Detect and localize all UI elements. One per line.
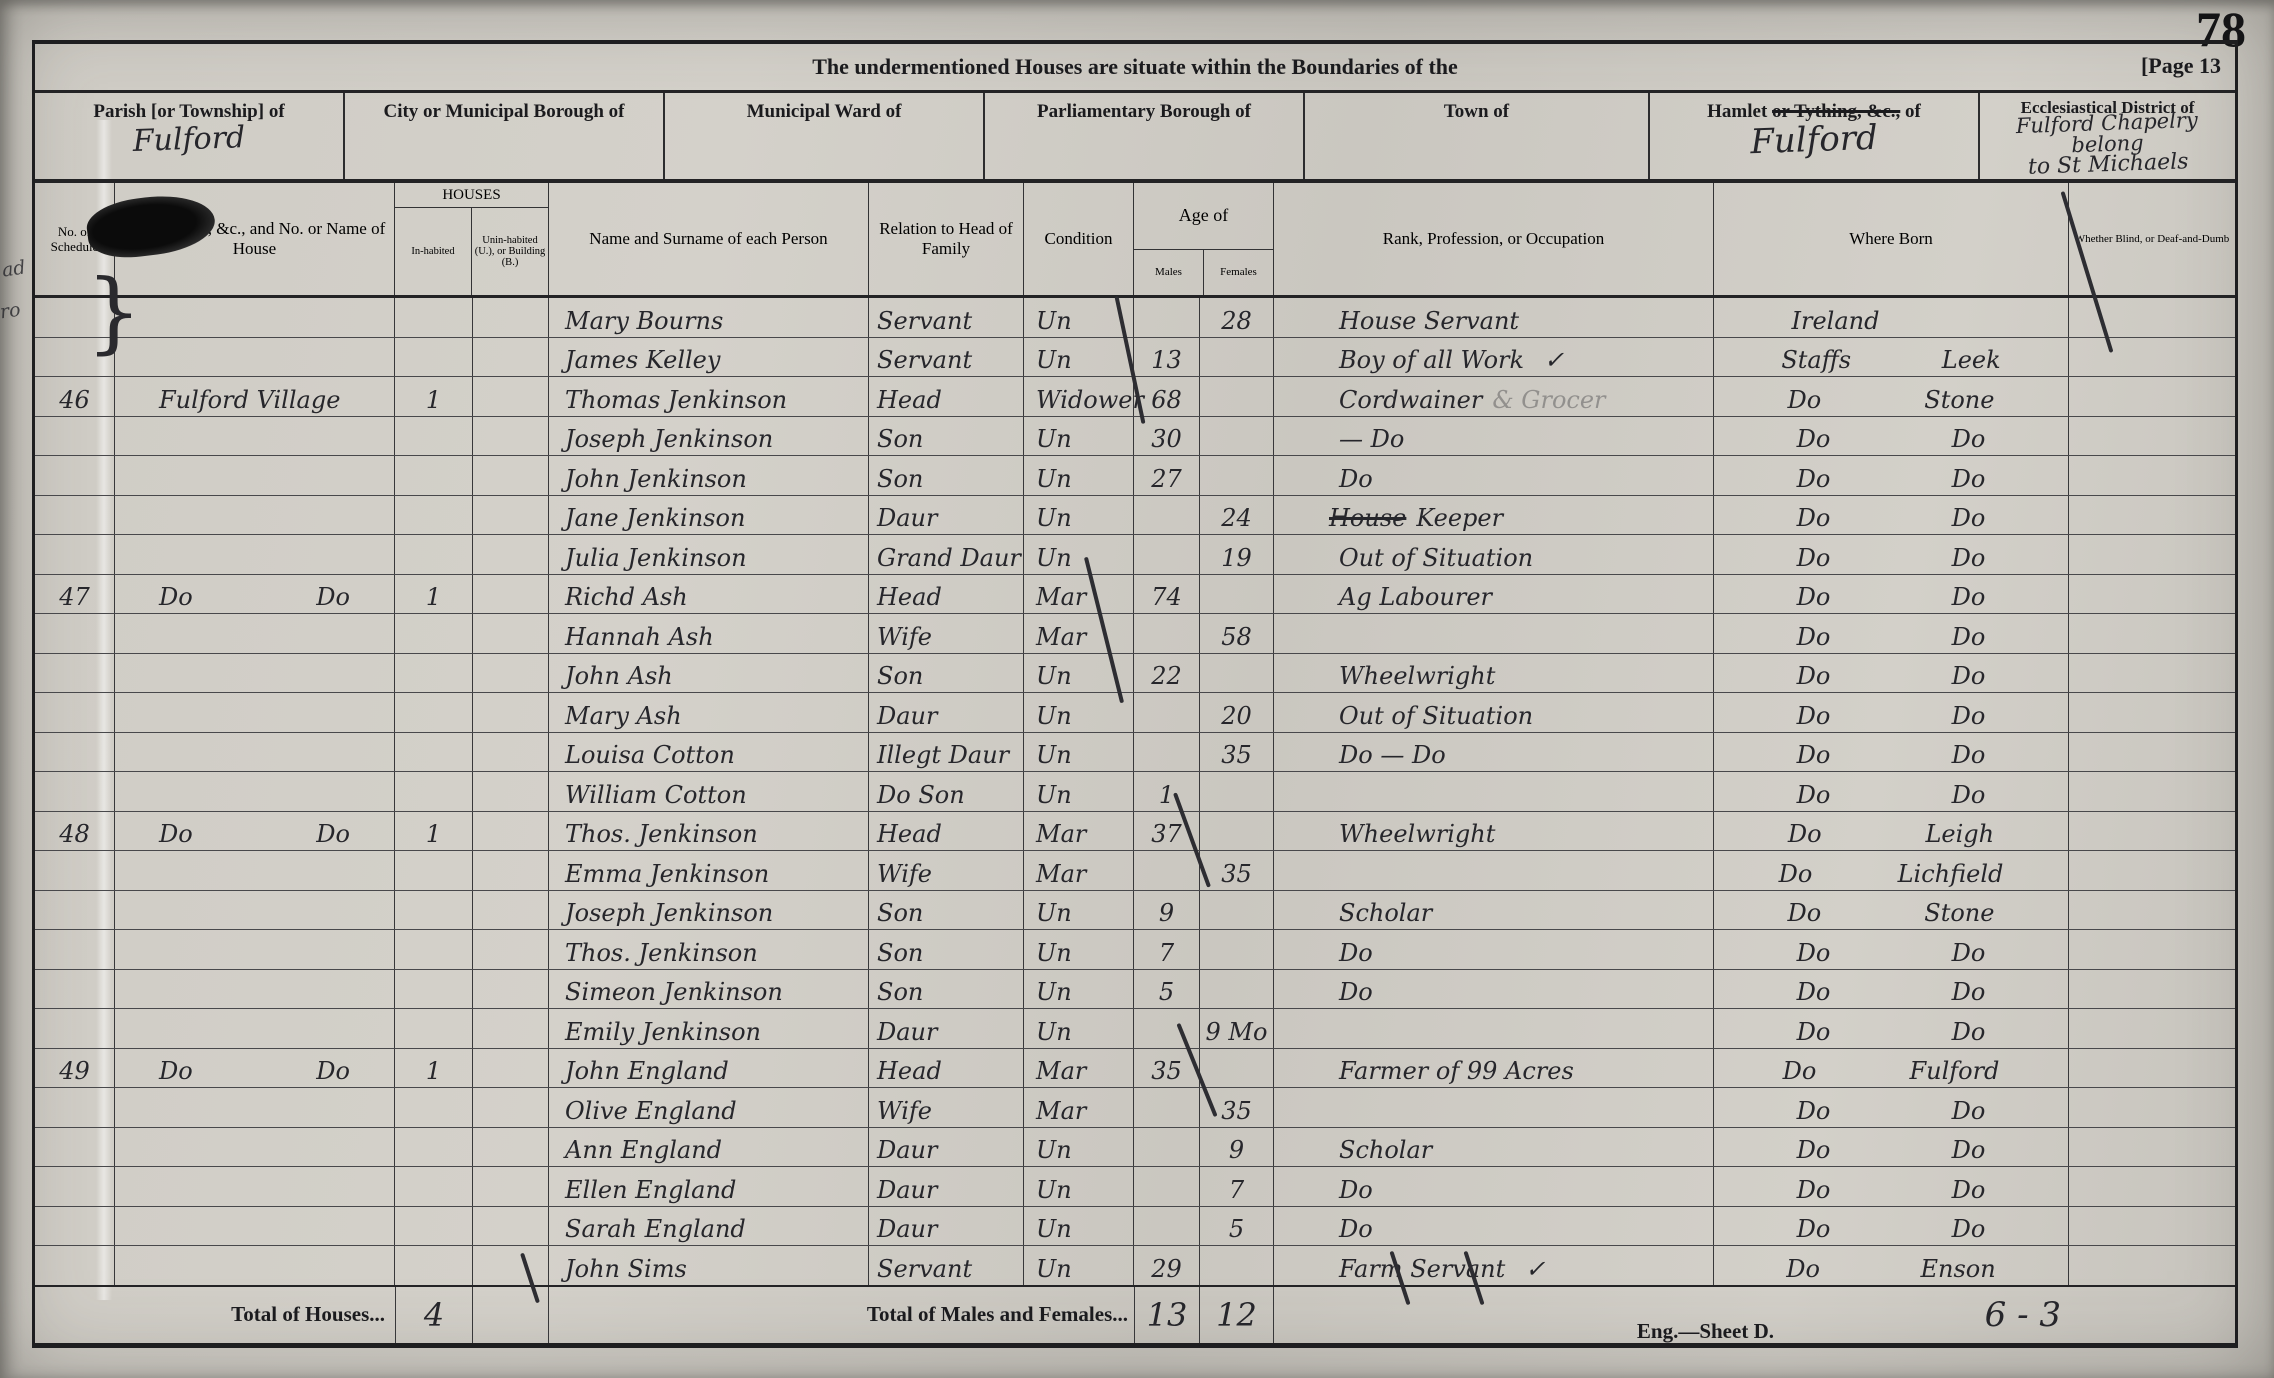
- district-field-label: Hamlet or Tything, &c., of: [1650, 93, 1978, 123]
- blind-deaf-note: [2069, 1207, 2235, 1246]
- houses-inhabited: [395, 417, 473, 456]
- house-address: [115, 772, 395, 811]
- relation-to-head: Son: [869, 417, 1024, 456]
- condition: Widower: [1024, 377, 1134, 416]
- relation-to-head: Head: [869, 1049, 1024, 1088]
- district-field: City or Municipal Borough of: [345, 93, 665, 179]
- house-address: [115, 614, 395, 653]
- occupation: Farm Servant ✓: [1274, 1246, 1714, 1285]
- where-born: DoDo: [1714, 733, 2069, 772]
- form-heading: The undermentioned Houses are situate wi…: [35, 54, 2235, 80]
- district-field-value: Fulford: [35, 120, 344, 161]
- houses-inhabited: [395, 338, 473, 377]
- where-born: DoDo: [1714, 693, 2069, 732]
- blind-deaf-note: [2069, 496, 2235, 535]
- where-born: DoDo: [1714, 535, 2069, 574]
- houses-inhabited: [395, 1128, 473, 1167]
- age-female: [1200, 377, 1274, 416]
- schedule-number: [35, 456, 115, 495]
- relation-to-head: Son: [869, 654, 1024, 693]
- houses-uninhabited: [473, 1009, 549, 1048]
- condition: Un: [1024, 930, 1134, 969]
- col-age-females: Females: [1204, 250, 1273, 295]
- age-male: [1134, 1088, 1200, 1127]
- age-female: 9: [1200, 1128, 1274, 1167]
- relation-to-head: Do Son: [869, 772, 1024, 811]
- houses-uninhabited: [473, 417, 549, 456]
- schedule-number: [35, 1088, 115, 1127]
- where-born: DoDo: [1714, 614, 2069, 653]
- blind-deaf-note: [2069, 772, 2235, 811]
- where-born: DoEnson: [1714, 1246, 2069, 1285]
- table-row: Simeon Jenkinson Son Un 5 Do DoDo: [35, 970, 2235, 1010]
- houses-uninhabited: [473, 851, 549, 890]
- district-field-label: Parish [or Township] of: [35, 93, 343, 123]
- col-age-males: Males: [1134, 250, 1204, 295]
- where-born: DoDo: [1714, 930, 2069, 969]
- house-address: [115, 1167, 395, 1206]
- houses-inhabited: [395, 1207, 473, 1246]
- relation-to-head: Daur: [869, 496, 1024, 535]
- col-inhabited: In-habited: [395, 208, 472, 295]
- condition: Un: [1024, 338, 1134, 377]
- houses-inhabited: [395, 298, 473, 337]
- age-female: [1200, 1246, 1274, 1285]
- person-name: William Cotton: [549, 772, 869, 811]
- where-born: DoDo: [1714, 1128, 2069, 1167]
- total-males-value: 13: [1134, 1287, 1200, 1343]
- relation-to-head: Head: [869, 575, 1024, 614]
- col-name: Name and Surname of each Person: [549, 183, 869, 295]
- col-condition: Condition: [1024, 183, 1134, 295]
- schedule-number: [35, 891, 115, 930]
- column-header-row: No. of Schedule Road, Street, &c., and N…: [35, 183, 2235, 298]
- blind-deaf-note: [2069, 456, 2235, 495]
- age-male: [1134, 1167, 1200, 1206]
- house-address: [115, 930, 395, 969]
- table-row: James Kelley Servant Un 13 Boy of all Wo…: [35, 338, 2235, 378]
- condition: Mar: [1024, 1049, 1134, 1088]
- condition: Un: [1024, 1246, 1134, 1285]
- occupation: Out of Situation: [1274, 693, 1714, 732]
- age-male: [1134, 496, 1200, 535]
- age-male: 5: [1134, 970, 1200, 1009]
- schedule-number: 49: [35, 1049, 115, 1088]
- person-name: Emma Jenkinson: [549, 851, 869, 890]
- schedule-number: 47: [35, 575, 115, 614]
- blind-deaf-note: [2069, 930, 2235, 969]
- col-age-group: Age of Males Females: [1134, 183, 1274, 295]
- occupation: [1274, 772, 1714, 811]
- condition: Un: [1024, 693, 1134, 732]
- occupation: Farmer of 99 Acres: [1274, 1049, 1714, 1088]
- district-field: Parliamentary Borough of: [985, 93, 1305, 179]
- where-born: DoDo: [1714, 575, 2069, 614]
- table-row: Mary Bourns Servant Un 28 House Servant …: [35, 298, 2235, 338]
- where-born: StaffsLeek: [1714, 338, 2069, 377]
- house-address: [115, 298, 395, 337]
- houses-uninhabited: [473, 654, 549, 693]
- occupation: [1274, 1088, 1714, 1127]
- relation-to-head: Servant: [869, 338, 1024, 377]
- relation-to-head: Servant: [869, 1246, 1024, 1285]
- age-male: [1134, 535, 1200, 574]
- where-born: DoDo: [1714, 1207, 2069, 1246]
- houses-uninhabited: [473, 575, 549, 614]
- relation-to-head: Daur: [869, 1128, 1024, 1167]
- blind-deaf-note: [2069, 733, 2235, 772]
- age-male: 13: [1134, 338, 1200, 377]
- house-address: [115, 891, 395, 930]
- houses-inhabited: [395, 535, 473, 574]
- condition: Un: [1024, 733, 1134, 772]
- age-female: 5: [1200, 1207, 1274, 1246]
- scanned-census-sheet: 78 The undermentioned Houses are situate…: [0, 0, 2274, 1378]
- age-male: [1134, 693, 1200, 732]
- where-born: DoDo: [1714, 772, 2069, 811]
- age-female: [1200, 970, 1274, 1009]
- person-name: Olive England: [549, 1088, 869, 1127]
- district-field: Parish [or Township] of Fulford: [35, 93, 345, 179]
- relation-to-head: Son: [869, 970, 1024, 1009]
- schedule-number: [35, 1207, 115, 1246]
- schedule-number: [35, 1009, 115, 1048]
- relation-to-head: Wife: [869, 1088, 1024, 1127]
- where-born: DoDo: [1714, 1009, 2069, 1048]
- condition: Mar: [1024, 575, 1134, 614]
- person-name: Louisa Cotton: [549, 733, 869, 772]
- relation-to-head: Son: [869, 930, 1024, 969]
- table-row: 48 DoDo 1 Thos. Jenkinson Head Mar 37 Wh…: [35, 812, 2235, 852]
- table-row: Jane Jenkinson Daur Un 24 House Keeper D…: [35, 496, 2235, 536]
- occupation: — Do: [1274, 417, 1714, 456]
- age-male: [1134, 733, 1200, 772]
- houses-uninhabited: [473, 456, 549, 495]
- col-occupation: Rank, Profession, or Occupation: [1274, 183, 1714, 295]
- table-row: Sarah England Daur Un 5 Do DoDo: [35, 1207, 2235, 1247]
- occupation: House Keeper: [1274, 496, 1714, 535]
- table-row: 47 DoDo 1 Richd Ash Head Mar 74 Ag Labou…: [35, 575, 2235, 615]
- houses-uninhabited: [473, 1128, 549, 1167]
- person-name: Thomas Jenkinson: [549, 377, 869, 416]
- occupation: Cordwainer & Grocer: [1274, 377, 1714, 416]
- schedule-number: [35, 930, 115, 969]
- schedule-number: [35, 496, 115, 535]
- house-address: [115, 535, 395, 574]
- table-row: John Ash Son Un 22 Wheelwright DoDo: [35, 654, 2235, 694]
- age-female: [1200, 812, 1274, 851]
- schedule-number: [35, 654, 115, 693]
- col-houses-group: HOUSES In-habited Unin-habited (U.), or …: [395, 183, 549, 295]
- person-name: Jane Jenkinson: [549, 496, 869, 535]
- schedule-number: 48: [35, 812, 115, 851]
- edge-writing-fragment: ad: [1, 256, 27, 281]
- census-entries: Mary Bourns Servant Un 28 House Servant …: [35, 298, 2235, 1285]
- age-female: 19: [1200, 535, 1274, 574]
- blind-deaf-note: [2069, 535, 2235, 574]
- occupation: Wheelwright: [1274, 654, 1714, 693]
- blind-deaf-note: [2069, 851, 2235, 890]
- condition: Un: [1024, 456, 1134, 495]
- schedule-number: [35, 1128, 115, 1167]
- table-row: Julia Jenkinson Grand Daur Un 19 Out of …: [35, 535, 2235, 575]
- where-born: DoLeigh: [1714, 812, 2069, 851]
- age-female: [1200, 417, 1274, 456]
- table-row: Emily Jenkinson Daur Un 9 Mo DoDo: [35, 1009, 2235, 1049]
- person-name: Joseph Jenkinson: [549, 417, 869, 456]
- occupation: Scholar: [1274, 1128, 1714, 1167]
- occupation: Boy of all Work ✓: [1274, 338, 1714, 377]
- blind-deaf-note: [2069, 1088, 2235, 1127]
- person-name: John England: [549, 1049, 869, 1088]
- table-row: Hannah Ash Wife Mar 58 DoDo: [35, 614, 2235, 654]
- condition: Un: [1024, 1128, 1134, 1167]
- person-name: Richd Ash: [549, 575, 869, 614]
- relation-to-head: Son: [869, 891, 1024, 930]
- col-blind: Whether Blind, or Deaf-and-Dumb: [2069, 183, 2235, 295]
- age-male: 1: [1134, 772, 1200, 811]
- blind-deaf-note: [2069, 1167, 2235, 1206]
- condition: Un: [1024, 535, 1134, 574]
- age-female: 28: [1200, 298, 1274, 337]
- age-female: 7: [1200, 1167, 1274, 1206]
- age-male: [1134, 1128, 1200, 1167]
- condition: Mar: [1024, 1088, 1134, 1127]
- house-address: Fulford Village: [115, 377, 395, 416]
- table-row: Mary Ash Daur Un 20 Out of Situation DoD…: [35, 693, 2235, 733]
- district-field: Town of: [1305, 93, 1650, 179]
- person-name: Ann England: [549, 1128, 869, 1167]
- house-address: [115, 338, 395, 377]
- houses-uninhabited: [473, 1167, 549, 1206]
- district-field-value: Fulford: [1650, 119, 1979, 160]
- house-address: [115, 1207, 395, 1246]
- age-female: 35: [1200, 851, 1274, 890]
- houses-uninhabited: [473, 733, 549, 772]
- schedule-number: [35, 970, 115, 1009]
- house-address: [115, 654, 395, 693]
- occupation: Wheelwright: [1274, 812, 1714, 851]
- district-field-value: Fulford Chapelry belongto St Michaels: [1979, 109, 2236, 180]
- houses-uninhabited: [473, 535, 549, 574]
- house-address: [115, 496, 395, 535]
- houses-inhabited: 1: [395, 575, 473, 614]
- houses-inhabited: [395, 930, 473, 969]
- houses-uninhabited: [473, 1207, 549, 1246]
- relation-to-head: Daur: [869, 693, 1024, 732]
- schedule-number: [35, 772, 115, 811]
- occupation: Scholar: [1274, 891, 1714, 930]
- relation-to-head: Servant: [869, 298, 1024, 337]
- person-name: John Sims: [549, 1246, 869, 1285]
- table-row: John Jenkinson Son Un 27 Do DoDo: [35, 456, 2235, 496]
- occupation: Do: [1274, 1207, 1714, 1246]
- person-name: James Kelley: [549, 338, 869, 377]
- occupation: Do — Do: [1274, 733, 1714, 772]
- blind-deaf-note: [2069, 575, 2235, 614]
- blind-deaf-note: [2069, 417, 2235, 456]
- house-address: DoDo: [115, 575, 395, 614]
- occupation: [1274, 614, 1714, 653]
- blind-deaf-note: [2069, 614, 2235, 653]
- houses-inhabited: 1: [395, 377, 473, 416]
- person-name: Hannah Ash: [549, 614, 869, 653]
- blind-deaf-note: [2069, 654, 2235, 693]
- blind-deaf-note: [2069, 693, 2235, 732]
- schedule-number: [35, 535, 115, 574]
- table-row: Joseph Jenkinson Son Un 30 — Do DoDo: [35, 417, 2235, 457]
- houses-inhabited: [395, 654, 473, 693]
- condition: Un: [1024, 1009, 1134, 1048]
- houses-inhabited: [395, 851, 473, 890]
- house-address: [115, 733, 395, 772]
- house-address: [115, 1088, 395, 1127]
- where-born: DoStone: [1714, 891, 2069, 930]
- houses-uninhabited: [473, 496, 549, 535]
- col-uninhabited: Unin-habited (U.), or Building (B.): [472, 208, 548, 295]
- houses-uninhabited: [473, 930, 549, 969]
- houses-uninhabited: [473, 1088, 549, 1127]
- blind-deaf-note: [2069, 1246, 2235, 1285]
- age-male: 29: [1134, 1246, 1200, 1285]
- table-row: Emma Jenkinson Wife Mar 35 DoLichfield: [35, 851, 2235, 891]
- blind-deaf-note: [2069, 812, 2235, 851]
- table-row: John Sims Servant Un 29 Farm Servant ✓ D…: [35, 1246, 2235, 1285]
- blind-deaf-note: [2069, 1009, 2235, 1048]
- schedule-number: [35, 1167, 115, 1206]
- occupation: [1274, 851, 1714, 890]
- houses-inhabited: [395, 456, 473, 495]
- table-row: Thos. Jenkinson Son Un 7 Do DoDo: [35, 930, 2235, 970]
- houses-inhabited: [395, 693, 473, 732]
- edge-writing-fragment: ro: [0, 299, 22, 324]
- houses-uninhabited: [473, 772, 549, 811]
- district-field: Municipal Ward of: [665, 93, 985, 179]
- relation-to-head: Daur: [869, 1009, 1024, 1048]
- condition: Un: [1024, 891, 1134, 930]
- houses-uninhabited: [473, 338, 549, 377]
- relation-to-head: Wife: [869, 851, 1024, 890]
- person-name: Mary Bourns: [549, 298, 869, 337]
- relation-to-head: Daur: [869, 1207, 1024, 1246]
- person-name: Sarah England: [549, 1207, 869, 1246]
- age-female: 35: [1200, 733, 1274, 772]
- occupation: Do: [1274, 930, 1714, 969]
- occupation: Ag Labourer: [1274, 575, 1714, 614]
- houses-inhabited: [395, 1088, 473, 1127]
- person-name: Simeon Jenkinson: [549, 970, 869, 1009]
- table-row: Ellen England Daur Un 7 Do DoDo: [35, 1167, 2235, 1207]
- relation-to-head: Son: [869, 456, 1024, 495]
- schedule-number: [35, 614, 115, 653]
- houses-inhabited: [395, 1009, 473, 1048]
- relation-to-head: Head: [869, 377, 1024, 416]
- house-address: [115, 693, 395, 732]
- where-born: DoDo: [1714, 456, 2069, 495]
- condition: Mar: [1024, 614, 1134, 653]
- age-female: [1200, 654, 1274, 693]
- occupation: Do: [1274, 970, 1714, 1009]
- person-name: Ellen England: [549, 1167, 869, 1206]
- houses-uninhabited: [473, 1246, 549, 1285]
- where-born: DoDo: [1714, 417, 2069, 456]
- condition: Mar: [1024, 812, 1134, 851]
- condition: Un: [1024, 1207, 1134, 1246]
- occupation: Do: [1274, 456, 1714, 495]
- occupation: House Servant: [1274, 298, 1714, 337]
- district-field-label: Parliamentary Borough of: [985, 93, 1303, 123]
- form-heading-band: The undermentioned Houses are situate wi…: [35, 44, 2235, 93]
- district-field-label: Town of: [1305, 93, 1648, 123]
- relation-to-head: Head: [869, 812, 1024, 851]
- houses-inhabited: [395, 496, 473, 535]
- total-houses-value: 4: [395, 1287, 473, 1343]
- houses-inhabited: [395, 1246, 473, 1285]
- age-male: [1134, 614, 1200, 653]
- where-born: DoFulford: [1714, 1049, 2069, 1088]
- condition: Un: [1024, 970, 1134, 1009]
- age-female: [1200, 930, 1274, 969]
- total-mf-label: Total of Males and Females...: [549, 1287, 1134, 1343]
- blind-deaf-note: [2069, 970, 2235, 1009]
- person-name: Thos. Jenkinson: [549, 812, 869, 851]
- schedule-number: 46: [35, 377, 115, 416]
- where-born: Ireland: [1714, 298, 2069, 337]
- condition: Un: [1024, 496, 1134, 535]
- age-male: [1134, 298, 1200, 337]
- houses-inhabited: [395, 1167, 473, 1206]
- age-male: 9: [1134, 891, 1200, 930]
- where-born: DoStone: [1714, 377, 2069, 416]
- houses-inhabited: [395, 772, 473, 811]
- location-header-row: Parish [or Township] of Fulford City or …: [35, 93, 2235, 183]
- age-female: 9 Mo: [1200, 1009, 1274, 1048]
- age-male: 22: [1134, 654, 1200, 693]
- relation-to-head: Grand Daur: [869, 535, 1024, 574]
- houses-inhabited: [395, 614, 473, 653]
- age-female: 24: [1200, 496, 1274, 535]
- person-name: Mary Ash: [549, 693, 869, 732]
- table-row: Olive England Wife Mar 35 DoDo: [35, 1088, 2235, 1128]
- house-address: [115, 1128, 395, 1167]
- blind-deaf-note: [2069, 1049, 2235, 1088]
- houses-uninhabited: [473, 812, 549, 851]
- schedule-number: [35, 733, 115, 772]
- table-row: William Cotton Do Son Un 1 DoDo: [35, 772, 2235, 812]
- condition: Un: [1024, 1167, 1134, 1206]
- condition: Un: [1024, 772, 1134, 811]
- page-label: [Page 13: [2141, 53, 2221, 79]
- where-born: DoLichfield: [1714, 851, 2069, 890]
- houses-inhabited: [395, 733, 473, 772]
- condition: Mar: [1024, 851, 1134, 890]
- blind-deaf-note: [2069, 338, 2235, 377]
- house-address: DoDo: [115, 1049, 395, 1088]
- total-females-value: 12: [1200, 1287, 1274, 1343]
- age-female: [1200, 772, 1274, 811]
- person-name: Joseph Jenkinson: [549, 891, 869, 930]
- house-address: [115, 417, 395, 456]
- col-age-title: Age of: [1134, 183, 1273, 250]
- where-born: DoDo: [1714, 970, 2069, 1009]
- house-address: [115, 456, 395, 495]
- houses-uninhabited: [473, 1049, 549, 1088]
- houses-uninhabited: [473, 377, 549, 416]
- age-female: [1200, 1049, 1274, 1088]
- house-address: [115, 1009, 395, 1048]
- houses-inhabited: 1: [395, 1049, 473, 1088]
- table-row: 49 DoDo 1 John England Head Mar 35 Farme…: [35, 1049, 2235, 1089]
